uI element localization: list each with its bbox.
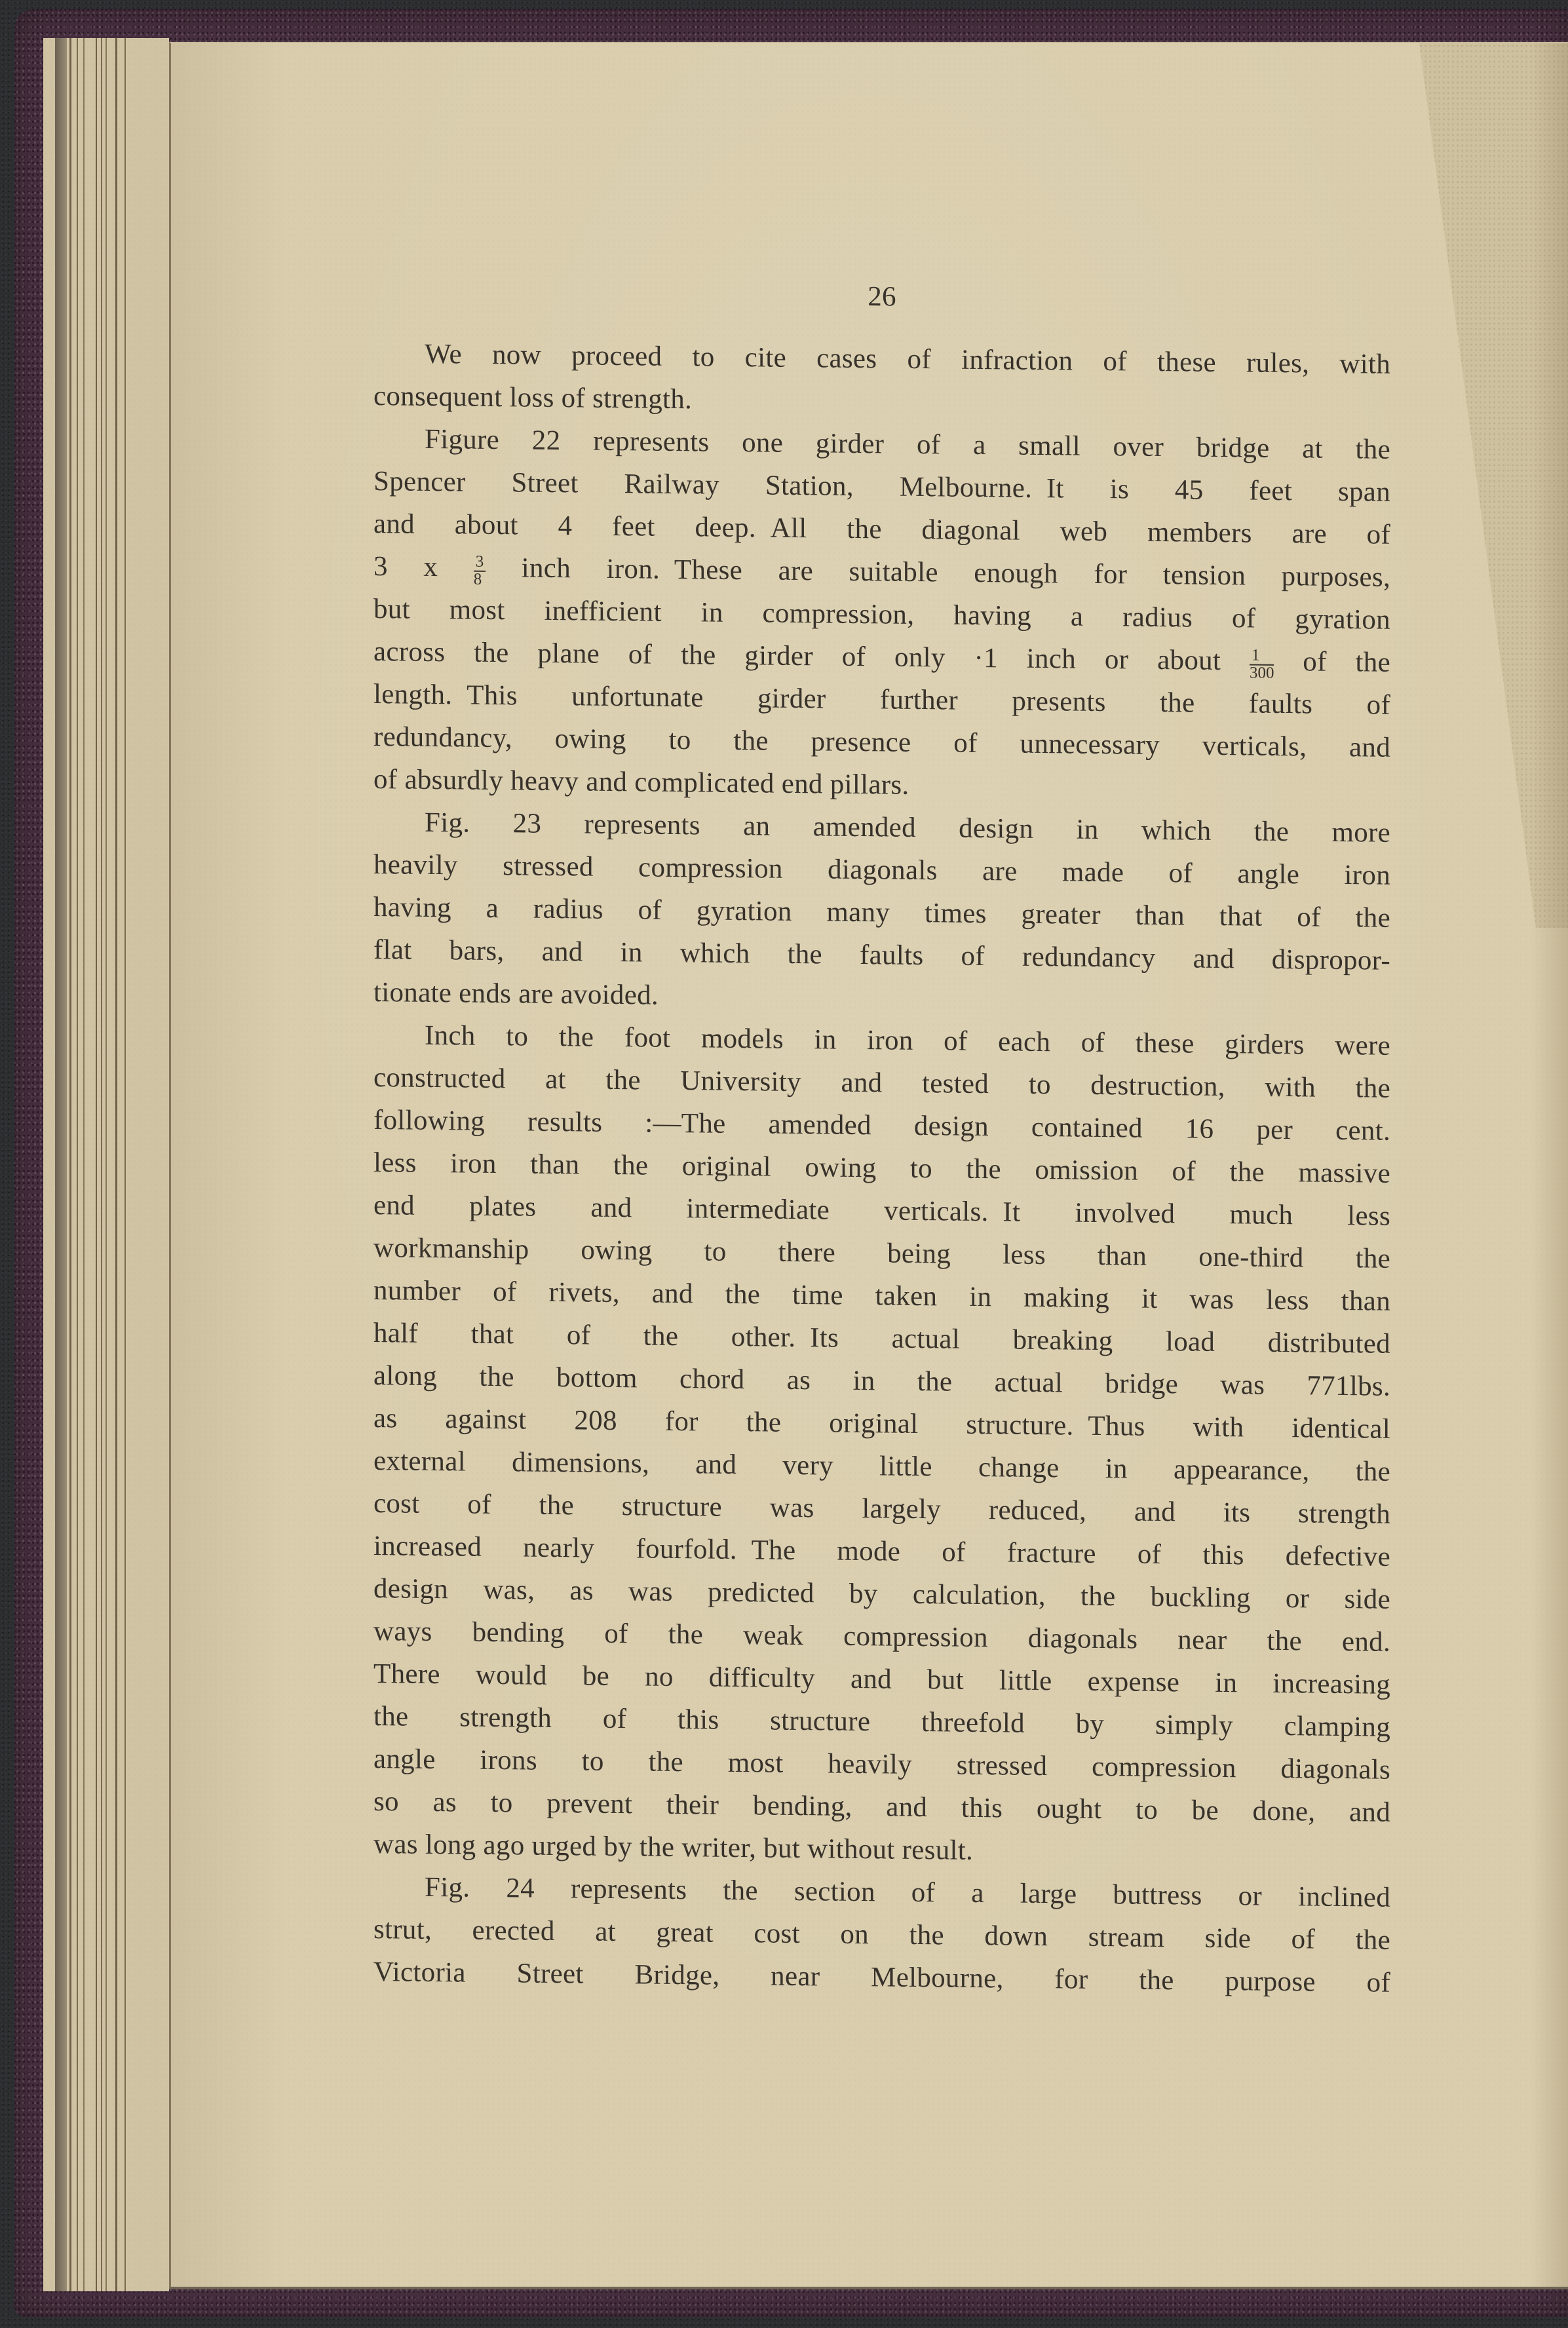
page-edge-line (83, 38, 85, 2291)
scanned-book-page: 26 We now proceed to cite cases of infra… (0, 0, 1568, 2328)
page-edge-line (101, 38, 102, 2291)
page-edge-line (77, 38, 78, 2291)
page-edge-line (96, 38, 97, 2291)
paragraph: Figure 22 represents one girder of a sma… (373, 417, 1390, 812)
stacked-fraction: 38 (474, 555, 486, 588)
page-stack-shadow (55, 38, 67, 2291)
paragraph: Fig. 23 represents an amended design in … (373, 801, 1390, 1025)
paragraph: Fig. 24 represents the section of a larg… (373, 1865, 1390, 2004)
paragraph: We now proceed to cite cases of infracti… (373, 332, 1390, 429)
page-edge-line (115, 38, 117, 2291)
stacked-fraction: 1300 (1250, 648, 1274, 681)
fore-edge-shadow (1531, 43, 1568, 2287)
page-edge-line (105, 38, 107, 2291)
paragraph: Inch to the foot models in iron of each … (373, 1014, 1390, 1877)
page-stack-edges (43, 38, 169, 2291)
page-edge-line (124, 38, 126, 2291)
text-block: 26 We now proceed to cite cases of infra… (373, 270, 1390, 2004)
page-edge-line (69, 38, 71, 2291)
